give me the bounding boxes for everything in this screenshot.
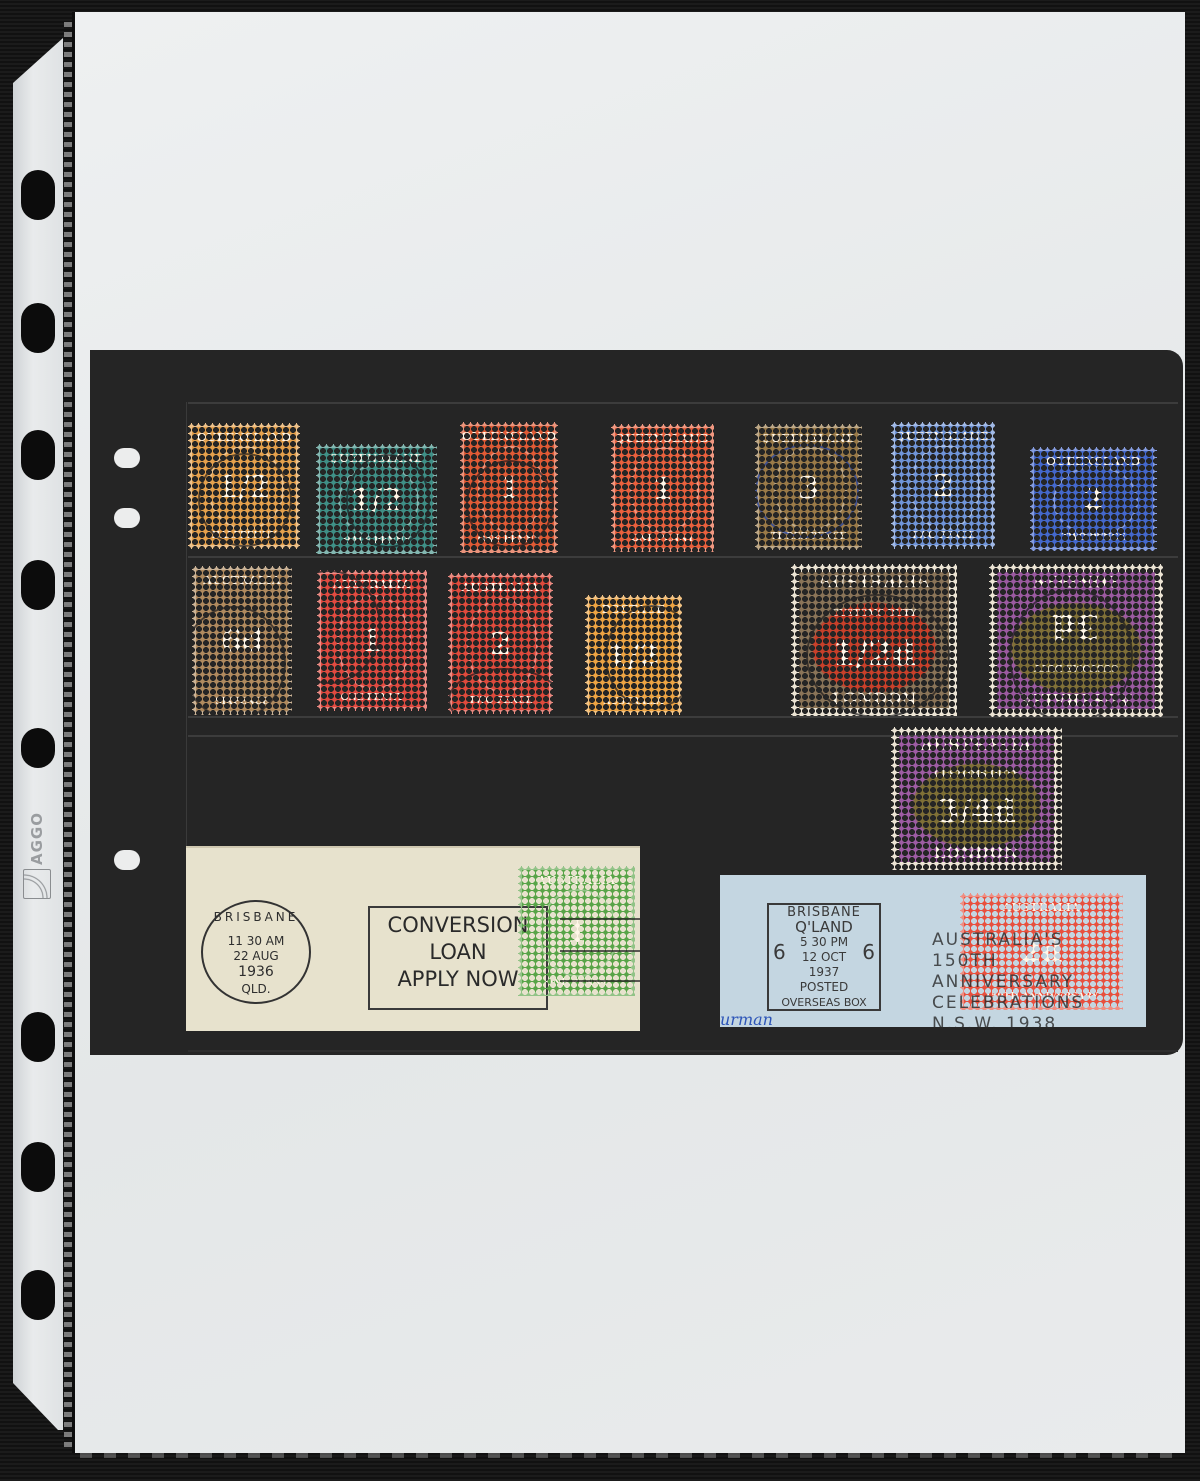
circular-datestamp: BRISBANE 11 30 AM 22 AUG 1936 QLD.	[201, 900, 311, 1004]
card-hole	[114, 508, 140, 528]
binder-hole	[21, 1270, 55, 1320]
brand-logo: AGGO	[22, 812, 52, 932]
slogan-cancel: AUSTRALIA'S 150TH ANNIVERSARY CELEBRATIO…	[932, 930, 1084, 1035]
strip-divider	[188, 1050, 1178, 1052]
binder-hole	[21, 1012, 55, 1062]
stamp[interactable]: QUEENSLAND 1 ONE PENNY	[460, 422, 558, 553]
box-postmark: BRISBANE Q'LAND 5 30 PM 12 OCT 1937 POST…	[767, 903, 881, 1011]
binder-hole	[21, 430, 55, 480]
binder-hole	[21, 728, 55, 768]
binder-hole	[21, 560, 55, 610]
strip-divider	[188, 556, 1178, 558]
stamp[interactable]: QUEENSLAND 3 THREE PENCE	[755, 424, 862, 550]
stamp[interactable]: AUSTRALIA 1 ONE PENNY	[518, 866, 635, 996]
brand-mark-icon	[23, 869, 51, 899]
binder-hole	[21, 170, 55, 220]
strip-edge	[186, 402, 187, 847]
stamp[interactable]: POSTAGE 1/2 AUSTRALIA	[585, 595, 682, 715]
stamp[interactable]: AUSTRALIA 2 TWO PENCE	[448, 573, 553, 714]
customs-duty-stamp[interactable]: LONDON 3d CUSTOMS DUTY AUSTRALIA	[989, 564, 1163, 717]
stamp[interactable]: QUEENSLAND 2 TWO PENCE	[891, 422, 995, 549]
sleeve-perforation	[64, 22, 72, 1447]
brand-name: AGGO	[28, 812, 46, 865]
customs-duty-stamp[interactable]: AUSTRALIA CUSTOMS DUTY 3/4d LONDON	[891, 727, 1062, 870]
stamp[interactable]: QUEENSLAND 1/2 HALFPENNY	[188, 423, 300, 549]
stamp[interactable]: AUSTRALIA 1 ONE PENNY	[317, 570, 427, 711]
stamp[interactable]: QUEENSLAND 1 ONE PENNY	[611, 424, 714, 552]
card-hole	[114, 448, 140, 468]
handwritten-note: urman	[720, 1010, 773, 1029]
strip-divider	[188, 402, 1178, 404]
binder-hole	[21, 303, 55, 353]
stamp[interactable]: AUSTRALIA 6d SIXPENCE	[192, 566, 292, 715]
customs-duty-stamp[interactable]: AUSTRALIA CUSTOMS DUTY 1/2d LONDON	[791, 564, 957, 716]
card-hole	[114, 850, 140, 870]
binder-hole	[21, 1142, 55, 1192]
stamp[interactable]: QUEENSLAND 1/2 HALF PENNY	[316, 444, 437, 554]
stamp[interactable]: QUEENSLAND 2 TWO PENCE	[1030, 447, 1157, 551]
